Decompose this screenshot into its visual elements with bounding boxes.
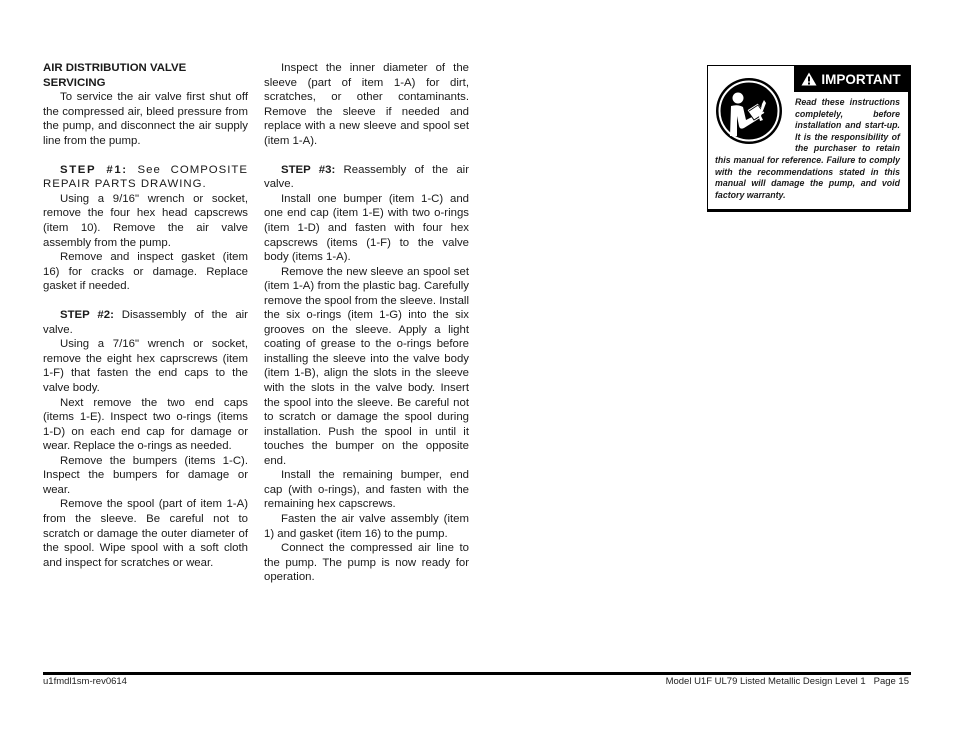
middle-column: Inspect the inner diameter of the sleeve… [264, 61, 469, 585]
step-2-paragraph: Remove the bumpers (items 1-C). Inspect … [43, 454, 248, 498]
step-2-paragraph: Using a 7/16" wrench or socket, remove t… [43, 337, 248, 395]
step-2-paragraph: Remove the spool (part of item 1-A) from… [43, 497, 248, 570]
footer-model-page: Model U1F UL79 Listed Metallic Design Le… [666, 676, 909, 687]
step-3-label: STEP #3: [281, 164, 335, 176]
important-notice-box: IMPORTANT Read these instructions comple… [707, 65, 911, 212]
step-3-paragraph: Remove the new sleeve an spool set (item… [264, 265, 469, 469]
step-3-paragraph: Install the remaining bumper, end cap (w… [264, 468, 469, 512]
step-1-heading: STEP #1: See COMPOSITE REPAIR PARTS DRAW… [43, 163, 248, 192]
important-header: IMPORTANT [794, 66, 908, 92]
section-title: AIR DISTRIBUTION VALVE SERVICING [43, 61, 248, 90]
step-3-heading: STEP #3: Reassembly of the air valve. [264, 163, 469, 192]
footer-doc-code: u1fmdl1sm-rev0614 [43, 676, 127, 687]
step-1-paragraph: Remove and inspect gasket (item 16) for … [43, 250, 248, 294]
important-text-wrap: Read these instructions completely, befo… [715, 97, 900, 201]
step-1-label: STEP #1: [60, 164, 128, 176]
step-3-paragraph: Fasten the air valve assembly (item 1) a… [264, 512, 469, 541]
step-2-paragraph: Next remove the two end caps (items 1-E)… [43, 396, 248, 454]
footer-rule [43, 672, 911, 675]
important-label: IMPORTANT [821, 72, 900, 87]
step-2-label: STEP #2: [60, 309, 114, 321]
step-3-paragraph: Install one bumper (item 1-C) and one en… [264, 192, 469, 265]
step-1-paragraph: Using a 9/16" wrench or socket, remove t… [43, 192, 248, 250]
step-2-paragraph: Inspect the inner diameter of the sleeve… [264, 61, 469, 148]
warning-triangle-icon [801, 72, 817, 86]
left-column: AIR DISTRIBUTION VALVE SERVICING To serv… [43, 61, 248, 570]
intro-paragraph: To service the air valve first shut off … [43, 90, 248, 148]
step-2-heading: STEP #2: Disassembly of the air valve. [43, 308, 248, 337]
step-3-paragraph: Connect the compressed air line to the p… [264, 541, 469, 585]
